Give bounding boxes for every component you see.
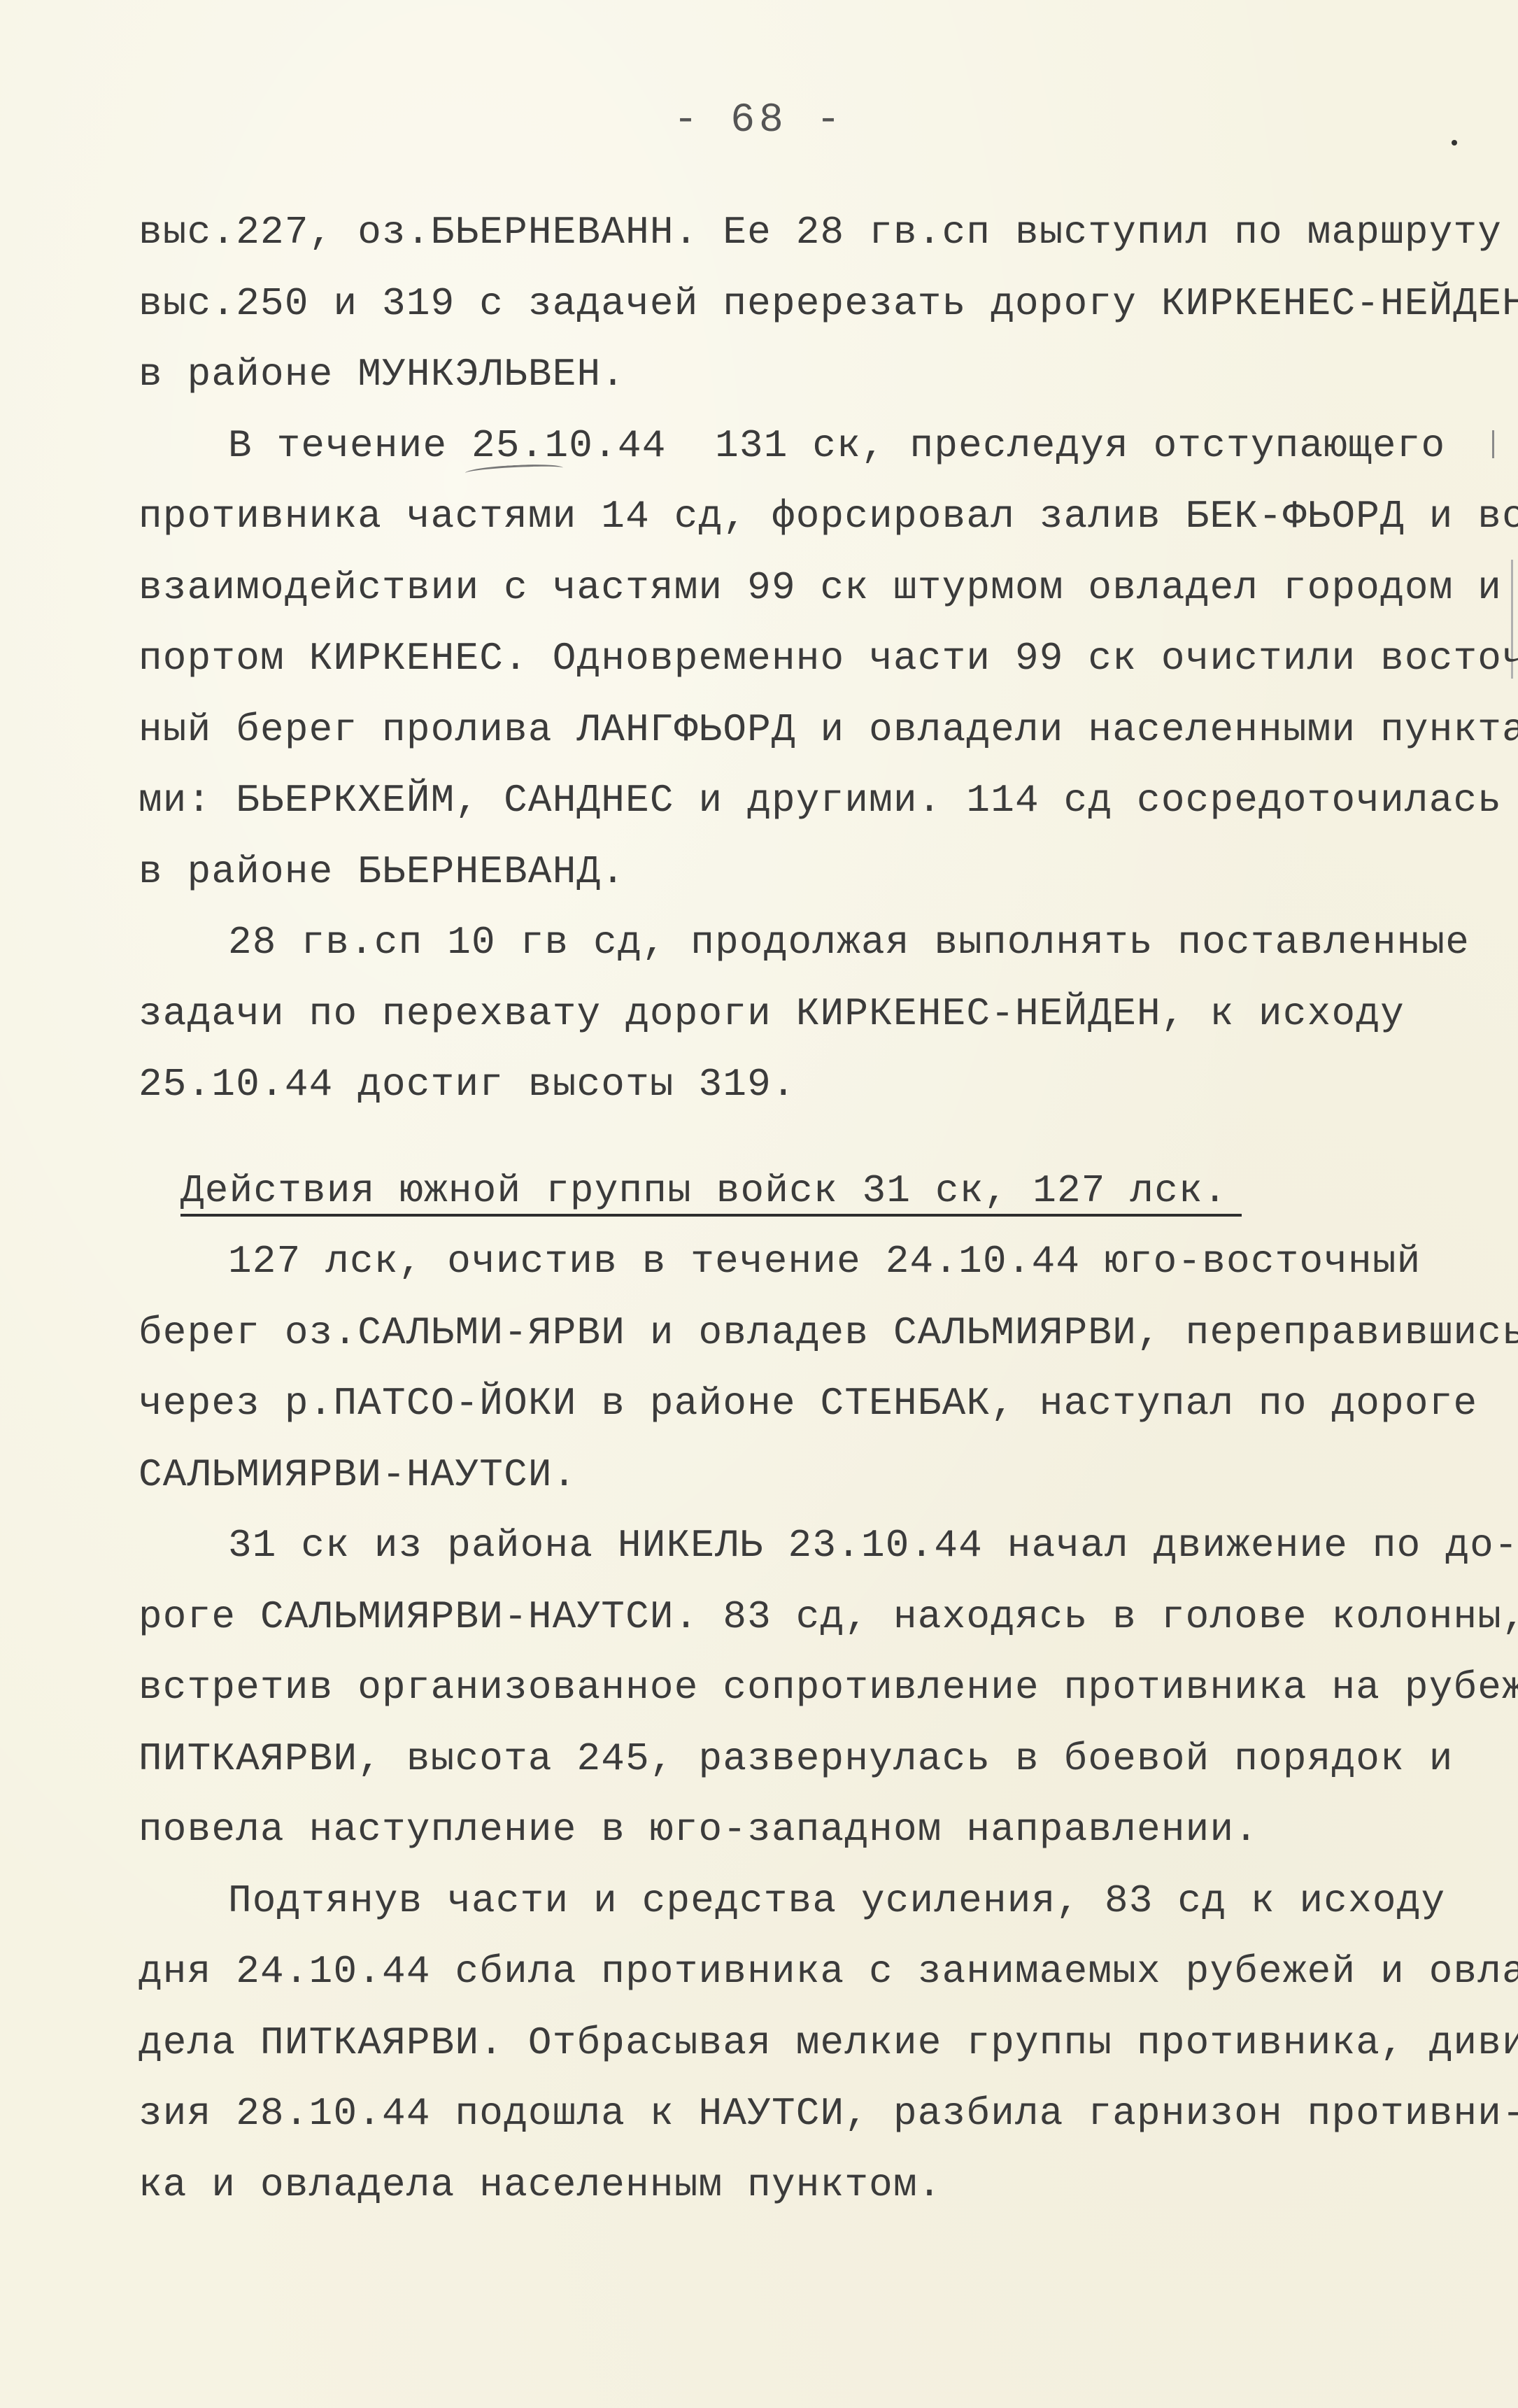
text-line: задачи по перехвату дороги КИРКЕНЕС-НЕЙД… — [139, 979, 1482, 1050]
text-line: повела наступление в юго-западном направ… — [139, 1794, 1482, 1866]
section-heading-row: Действия южной группы войск 31 ск, 127 л… — [139, 1156, 1482, 1227]
text-line: выс.227, оз.БЬЕРНЕВАНН. Ее 28 гв.сп выст… — [139, 197, 1482, 269]
text-line: САЛЬМИЯРВИ-НАУТСИ. — [139, 1440, 1482, 1511]
paragraph: выс.227, оз.БЬЕРНЕВАНН. Ее 28 гв.сп выст… — [139, 197, 1482, 411]
text-line: 127 лск, очистив в течение 24.10.44 юго-… — [139, 1226, 1482, 1298]
text-line: В течение 25.10.44 131 ск, преследуя отс… — [139, 411, 1482, 482]
page-number: - 68 - — [0, 98, 1518, 143]
paragraph: 31 ск из района НИКЕЛЬ 23.10.44 начал дв… — [139, 1510, 1482, 1866]
text-line: ка и овладела населенным пунктом. — [139, 2150, 1482, 2221]
text-line: через р.ПАТСО-ЙОКИ в районе СТЕНБАК, нас… — [139, 1368, 1482, 1440]
text-line: выс.250 и 319 с задачей перерезать дорог… — [139, 269, 1482, 340]
text-line: портом КИРКЕНЕС. Одновременно части 99 с… — [139, 623, 1482, 695]
section-heading: Действия южной группы войск 31 ск, 127 л… — [139, 1156, 1228, 1227]
document-body: выс.227, оз.БЬЕРНЕВАНН. Ее 28 гв.сп выст… — [139, 197, 1482, 2221]
text-line: Подтянув части и средства усиления, 83 с… — [139, 1866, 1482, 1937]
text-line: встретив организованное сопротивление пр… — [139, 1652, 1482, 1724]
text-line: 31 ск из района НИКЕЛЬ 23.10.44 начал дв… — [139, 1510, 1482, 1582]
paragraph: 127 лск, очистив в течение 24.10.44 юго-… — [139, 1226, 1482, 1510]
text-line: в районе МУНКЭЛЬВЕН. — [139, 339, 1482, 411]
text-line: ПИТКАЯРВИ, высота 245, развернулась в бо… — [139, 1724, 1482, 1795]
paragraph: 28 гв.сп 10 гв сд, продолжая выполнять п… — [139, 907, 1482, 1121]
text-line: дела ПИТКАЯРВИ. Отбрасывая мелкие группы… — [139, 2008, 1482, 2079]
text-line: роге САЛЬМИЯРВИ-НАУТСИ. 83 сд, находясь … — [139, 1582, 1482, 1653]
text-line: берег оз.САЛЬМИ-ЯРВИ и овладев САЛЬМИЯРВ… — [139, 1298, 1482, 1369]
paragraph: В течение 25.10.44 131 ск, преследуя отс… — [139, 411, 1482, 908]
text-line: противника частями 14 сд, форсировал зал… — [139, 481, 1482, 553]
text-line: в районе БЬЕРНЕВАНД. — [139, 837, 1482, 908]
blank-line — [139, 1121, 1482, 1156]
text-line: дня 24.10.44 сбила противника с занимаем… — [139, 1936, 1482, 2008]
text-line: взаимодействии с частями 99 ск штурмом о… — [139, 553, 1482, 624]
paragraph: Подтянув части и средства усиления, 83 с… — [139, 1866, 1482, 2221]
text-line: ми: БЬЕРКХЕЙМ, САНДНЕС и другими. 114 сд… — [139, 765, 1482, 837]
text-line: 28 гв.сп 10 гв сд, продолжая выполнять п… — [139, 907, 1482, 979]
text-line: 25.10.44 достиг высоты 319. — [139, 1049, 1482, 1121]
text-line: зия 28.10.44 подошла к НАУТСИ, разбила г… — [139, 2078, 1482, 2150]
text-line: ный берег пролива ЛАНГФЬОРД и овладели н… — [139, 695, 1482, 766]
margin-pencil-mark — [1492, 430, 1494, 458]
